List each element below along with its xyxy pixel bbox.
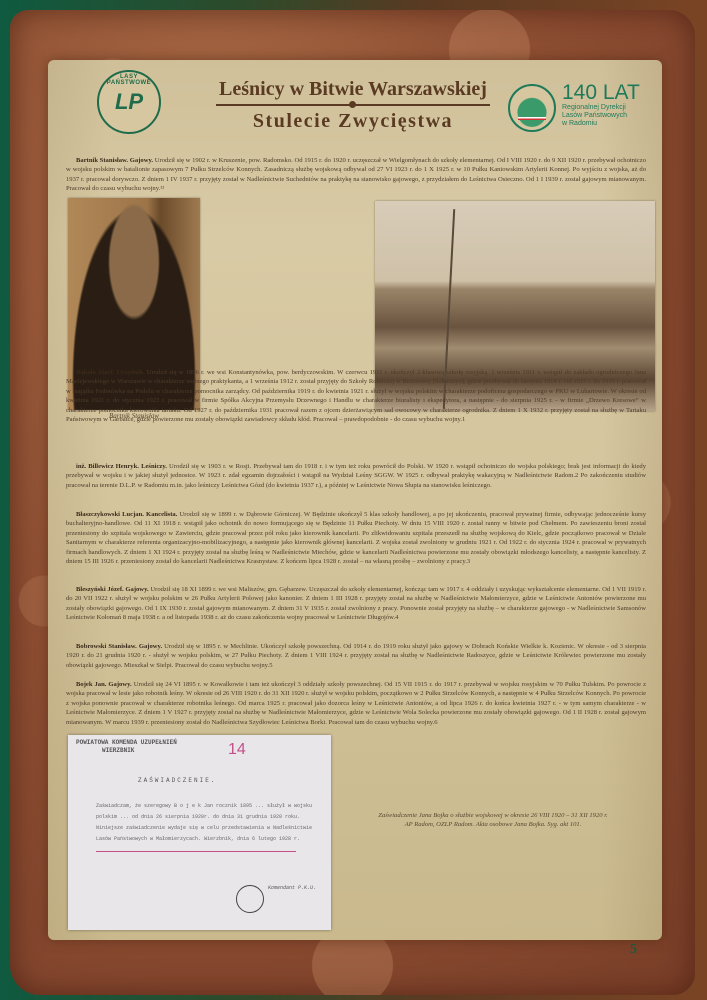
- title-divider: [216, 104, 490, 106]
- bio-paragraph: Bartnik Stanisław. Gajowy. Urodził się w…: [66, 156, 646, 194]
- document-caption-line-2: AP Radom, OZLP Radom. Akta osobowe Jana …: [338, 820, 648, 829]
- bio-paragraph: Bąkała Józef. Urzędnik. Urodził się w 18…: [66, 368, 646, 424]
- bio-name: inż. Billewicz Henryk. Leśniczy.: [76, 463, 167, 470]
- bio-text: Urodził się 24 VI 1895 r. w Kowalkowie i…: [66, 681, 646, 726]
- lasy-panstwowe-logo: LASY PAŃSTWOWE LP: [97, 70, 161, 134]
- bio-name: Bobrowski Stanisław. Gajowy.: [76, 643, 162, 650]
- anniversary-line-3: w Radomiu: [562, 120, 640, 128]
- document-caption-line-1: Zaświadczenie Jana Bojka o służbie wojsk…: [338, 811, 648, 820]
- anniversary-line-1: Regionalnej Dyrekcji: [562, 104, 640, 112]
- parchment-page: LASY PAŃSTWOWE LP Leśnicy w Bitwie Warsz…: [48, 60, 662, 940]
- bio-text: Urodził się w 1896 r. we wsi Konstantynó…: [66, 369, 646, 423]
- bio-name: Błaszczykowski Lucjan. Kancelista.: [76, 511, 177, 518]
- document-underline: [96, 851, 296, 852]
- anniversary-line-2: Lasów Państwowych: [562, 112, 640, 120]
- bio-paragraph: Bleszyński Józef. Gajowy. Urodził się 18…: [66, 585, 646, 623]
- document-header-place: WIERZBNIK: [102, 747, 134, 754]
- bio-paragraph: inż. Billewicz Henryk. Leśniczy. Urodził…: [66, 462, 646, 490]
- bio-paragraph: Bojek Jan. Gajowy. Urodził się 24 VI 189…: [66, 680, 646, 727]
- page-subtitle: Stulecie Zwycięstwa: [168, 110, 538, 133]
- stamp-icon: [236, 885, 264, 913]
- document-body: Zaświadczam, że szeregowy B o j e k Jan …: [96, 801, 326, 845]
- bio-name: Bartnik Stanisław. Gajowy.: [76, 157, 153, 164]
- anniversary-big-text: 140 LAT: [562, 82, 640, 104]
- bio-paragraph: Błaszczykowski Lucjan. Kancelista. Urodz…: [66, 510, 646, 566]
- divider-dot-icon: [349, 101, 356, 108]
- bio-name: Bąkała Józef. Urzędnik.: [76, 369, 145, 376]
- page-number: 5: [630, 942, 637, 958]
- lp-mark-icon: LP: [115, 89, 143, 115]
- bio-name: Bojek Jan. Gajowy.: [76, 681, 132, 688]
- document-caption: Zaświadczenie Jana Bojka o służbie wojsk…: [338, 811, 648, 829]
- anniversary-label: 140 LAT Regionalnej Dyrekcji Lasów Państ…: [562, 82, 640, 128]
- bio-paragraph: Bobrowski Stanisław. Gajowy. Urodził się…: [66, 642, 646, 670]
- page-header: LASY PAŃSTWOWE LP Leśnicy w Bitwie Warsz…: [48, 60, 662, 150]
- military-certificate-document: POWIATOWA KOMENDA UZUPEŁNIEŃ WIERZBNIK 1…: [68, 735, 331, 930]
- document-signature: Komendant P.K.U.: [268, 885, 316, 891]
- bio-text: Urodził się w 1899 r. w Dąbrowie Górnicz…: [66, 511, 646, 565]
- bio-text: Urodził się 18 XI 1899 r. we wsi Maliszó…: [66, 586, 646, 621]
- flag-icon: [518, 117, 546, 120]
- logo-ring-text: LASY PAŃSTWOWE: [99, 74, 159, 86]
- document-header: POWIATOWA KOMENDA UZUPEŁNIEŃ: [76, 739, 177, 746]
- rdlp-radom-logo-icon: [508, 84, 556, 132]
- document-handwritten-number: 14: [228, 741, 246, 759]
- page-title: Leśnicy w Bitwie Warszawskiej: [168, 78, 538, 101]
- bio-text: Urodził się w 1902 r. w Kruszenie, pow. …: [66, 157, 646, 192]
- document-title: ZAŚWIADCZENIE.: [138, 777, 216, 784]
- bio-name: Bleszyński Józef. Gajowy.: [76, 586, 149, 593]
